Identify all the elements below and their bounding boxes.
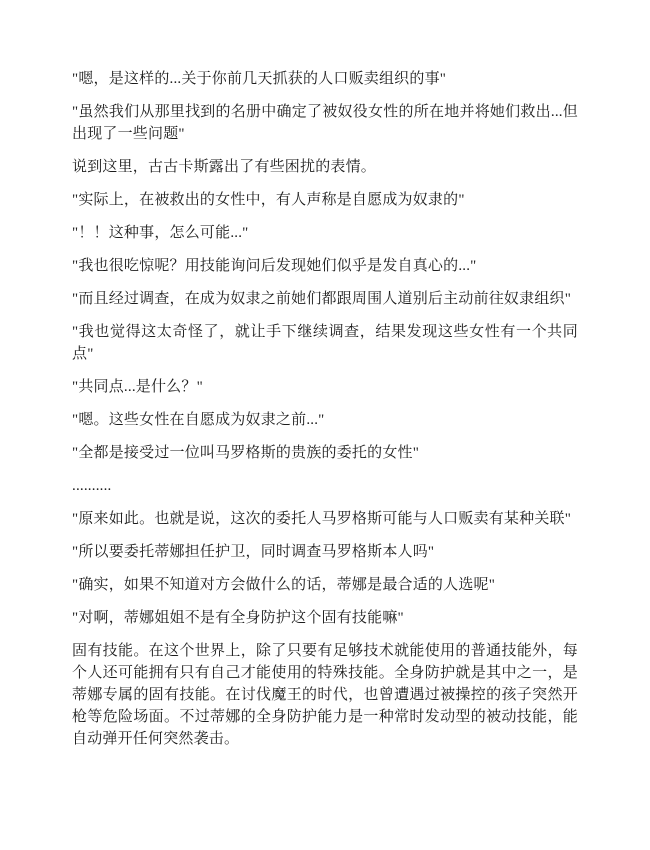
paragraph: "实际上，在被救出的女性中，有人声称是自愿成为奴隶的" (72, 189, 578, 211)
paragraph: "所以要委托蒂娜担任护卫，同时调查马罗格斯本人吗" (72, 541, 578, 563)
paragraph: "虽然我们从那里找到的名册中确定了被奴役女性的所在地并将她们救出...但出现了一… (72, 101, 578, 145)
paragraph: "嗯。这些女性在自愿成为奴隶之前..." (72, 409, 578, 431)
paragraph: "确实，如果不知道对方会做什么的话，蒂娜是最合适的人选呢" (72, 574, 578, 596)
paragraph: "全都是接受过一位叫马罗格斯的贵族的委托的女性" (72, 442, 578, 464)
paragraph: 说到这里，古古卡斯露出了有些困扰的表情。 (72, 156, 578, 178)
paragraph: "共同点...是什么？" (72, 376, 578, 398)
paragraph: 固有技能。在这个世界上，除了只要有足够技术就能使用的普通技能外，每个人还可能拥有… (72, 640, 578, 750)
paragraph: .......... (72, 475, 578, 497)
paragraph: "！！这种事，怎么可能..." (72, 222, 578, 244)
paragraph: "我也觉得这太奇怪了，就让手下继续调查，结果发现这些女性有一个共同点" (72, 321, 578, 365)
paragraph: "嗯，是这样的...关于你前几天抓获的人口贩卖组织的事" (72, 68, 578, 90)
document-page: "嗯，是这样的...关于你前几天抓获的人口贩卖组织的事""虽然我们从那里找到的名… (0, 0, 650, 850)
paragraph: "而且经过调查，在成为奴隶之前她们都跟周围人道别后主动前往奴隶组织" (72, 288, 578, 310)
paragraph: "对啊，蒂娜姐姐不是有全身防护这个固有技能嘛" (72, 607, 578, 629)
paragraph: "原来如此。也就是说，这次的委托人马罗格斯可能与人口贩卖有某种关联" (72, 508, 578, 530)
document-content: "嗯，是这样的...关于你前几天抓获的人口贩卖组织的事""虽然我们从那里找到的名… (0, 0, 650, 750)
paragraph: "我也很吃惊呢？用技能询问后发现她们似乎是发自真心的..." (72, 255, 578, 277)
